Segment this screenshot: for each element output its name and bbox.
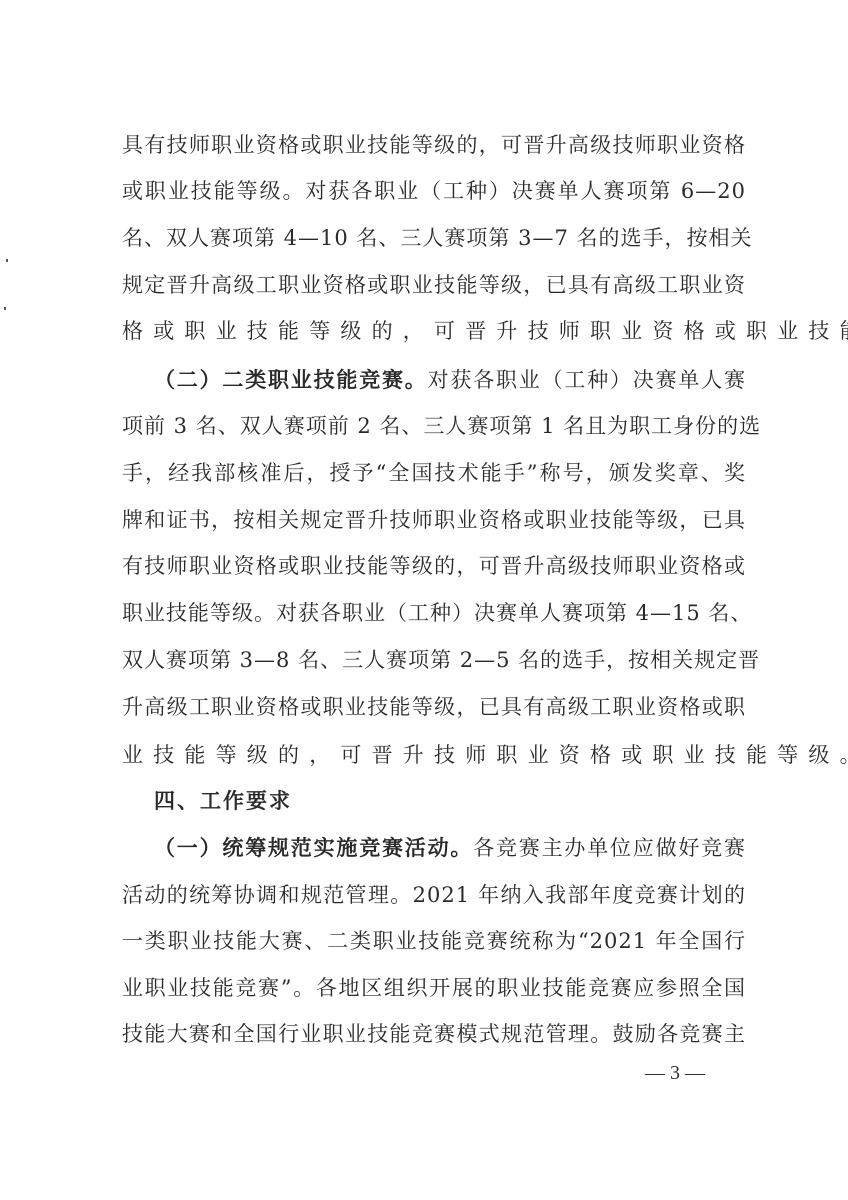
text-line: 格或职业技能等级的，可晋升技师职业资格或职业技能等级。 bbox=[122, 315, 746, 347]
text-line: 双人赛项第 3—8 名、三人赛项第 2—5 名的选手，按相关规定晋 bbox=[122, 644, 746, 676]
text-line: 升高级工职业资格或职业技能等级，已具有高级工职业资格或职 bbox=[122, 691, 746, 723]
text-line: 名、双人赛项第 4—10 名、三人赛项第 3—7 名的选手，按相关 bbox=[122, 222, 746, 254]
section-heading: 四、工作要求 bbox=[154, 785, 746, 817]
text-line: 业职业技能竞赛”。各地区组织开展的职业技能竞赛应参照全国 bbox=[122, 972, 746, 1004]
margin-mark bbox=[6, 259, 8, 262]
text-line: 职业技能等级。对获各职业（工种）决赛单人赛项第 4—15 名、 bbox=[122, 597, 746, 629]
text-line: 牌和证书，按相关规定晋升技师职业资格或职业技能等级，已具 bbox=[122, 504, 746, 536]
text-line: 有技师职业资格或职业技能等级的，可晋升高级技师职业资格或 bbox=[122, 550, 746, 582]
margin-mark bbox=[4, 307, 6, 310]
text-line: 或职业技能等级。对获各职业（工种）决赛单人赛项第 6—20 bbox=[122, 175, 746, 207]
text-run: 各竞赛主办单位应做好竞赛 bbox=[473, 836, 746, 860]
text-line: 一类职业技能大赛、二类职业技能竞赛统称为“2021 年全国行 bbox=[122, 925, 746, 957]
subsection-title: （二）二类职业技能竞赛。 bbox=[154, 368, 428, 392]
text-line: 项前 3 名、双人赛项前 2 名、三人赛项第 1 名且为职工身份的选 bbox=[122, 410, 746, 442]
page-number: — 3 — bbox=[620, 1062, 730, 1085]
text-line: 具有技师职业资格或职业技能等级的，可晋升高级技师职业资格 bbox=[122, 129, 746, 161]
text-line: 活动的统筹协调和规范管理。2021 年纳入我部年度竞赛计划的 bbox=[122, 879, 746, 911]
text-line: 规定晋升高级工职业资格或职业技能等级，已具有高级工职业资 bbox=[122, 269, 746, 301]
text-run: 对获各职业（工种）决赛单人赛 bbox=[428, 368, 746, 392]
text-line: （一）统筹规范实施竞赛活动。各竞赛主办单位应做好竞赛 bbox=[154, 832, 746, 864]
subsection-title: （一）统筹规范实施竞赛活动。 bbox=[154, 836, 473, 860]
text-line: 技能大赛和全国行业职业技能竞赛模式规范管理。鼓励各竞赛主 bbox=[122, 1018, 746, 1050]
text-line: 业技能等级的，可晋升技师职业资格或职业技能等级。 bbox=[122, 739, 746, 771]
text-line: （二）二类职业技能竞赛。对获各职业（工种）决赛单人赛 bbox=[154, 364, 746, 396]
document-page: 具有技师职业资格或职业技能等级的，可晋升高级技师职业资格 或职业技能等级。对获各… bbox=[0, 0, 848, 1200]
text-line: 手，经我部核准后，授予“全国技术能手”称号，颁发奖章、奖 bbox=[122, 457, 746, 489]
